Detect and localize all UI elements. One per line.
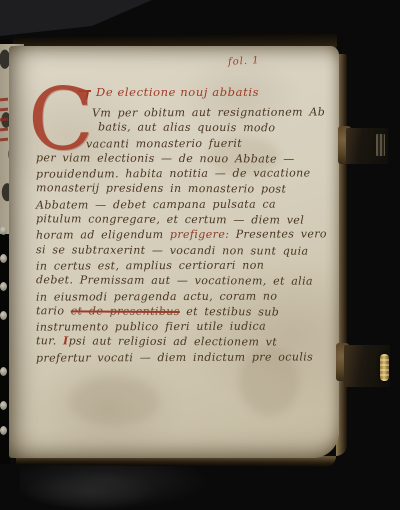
manuscript-line: si se subtraxerint — vocandi non sunt qu… — [36, 242, 324, 259]
manuscript-line: horam ad eligendum prefigere: Presentes … — [36, 227, 324, 244]
manuscript-line-text: tur. — [36, 335, 63, 348]
sewing-thread-icon — [0, 367, 7, 376]
manuscript-line-text: prefertur vocati — diem indictum pre ocu… — [36, 350, 313, 364]
sewing-thread-icon — [0, 311, 7, 320]
manuscript-line-text: et testibus sub — [180, 305, 279, 319]
manuscript-line: tario et de presentibus et testibus sub — [36, 303, 324, 320]
manuscript-line-text: Abbatem — debet campana pulsata ca — [36, 197, 276, 211]
manuscript-line-text: Presentes vero — [229, 228, 327, 241]
clasp-lower — [336, 343, 396, 391]
manuscript-photo: fol. 1 De electione nouj abbatis C Vm pe… — [0, 0, 400, 510]
manuscript-line: in eiusmodi peragenda actu, coram no — [36, 288, 324, 305]
clasp-metal-catch-icon — [376, 134, 385, 156]
manuscript-line-text: psi aut religiosi ad electionem vt — [69, 335, 278, 349]
manuscript-line-text: in certus est, amplius certiorari non — [36, 259, 264, 273]
manuscript-line: prefertur vocati — diem indictum pre ocu… — [36, 349, 324, 366]
manuscript-line-text: pitulum congregare, et certum — diem vel — [36, 212, 304, 226]
manuscript-line: tur. Ipsi aut religiosi ad electionem vt — [36, 334, 324, 351]
clasp-brass-pin-icon — [380, 354, 389, 381]
sewing-thread-icon — [0, 254, 7, 263]
cover-board-shadow — [26, 472, 156, 510]
manuscript-text-block: Vm per obitum aut resignationem Abbatis,… — [36, 105, 324, 365]
manuscript-line-text: Vm per obitum aut resignationem Ab — [92, 105, 325, 119]
manuscript-line-text: in eiusmodi peragenda actu, coram no — [36, 289, 277, 303]
manuscript-line: debet. Premissam aut — vocationem, et al… — [36, 273, 324, 290]
clasp-upper — [338, 126, 394, 168]
manuscript-line-text: prefigere: — [170, 228, 229, 241]
manuscript-line-text: debet. Premissam aut — vocationem, et al… — [36, 274, 313, 288]
rubric-heading: De electione nouj abbatis — [96, 85, 259, 99]
manuscript-line: Vm per obitum aut resignationem Ab — [92, 104, 324, 120]
sewing-thread-icon — [0, 226, 7, 235]
sewing-thread-icon — [0, 401, 7, 410]
manuscript-line: Abbatem — debet campana pulsata ca — [36, 196, 324, 213]
manuscript-line: vacanti monasterio fuerit — [86, 135, 324, 151]
manuscript-line-text: instrumento publico fieri utile iudica — [36, 320, 266, 334]
parchment-stain — [69, 376, 159, 426]
manuscript-line-text: si se subtraxerint — vocandi non sunt qu… — [36, 243, 309, 257]
manuscript-line-text: batis, aut alias quouis modo — [98, 121, 276, 135]
manuscript-line: batis, aut alias quouis modo — [98, 120, 324, 136]
manuscript-line: in certus est, amplius certiorari non — [36, 257, 324, 274]
folio-mark: fol. 1 — [228, 55, 260, 68]
manuscript-line-text: horam ad eligendum — [36, 228, 170, 242]
manuscript-line-text: monasterij presidens in monasterio post — [36, 182, 286, 196]
manuscript-line-text: vacanti monasterio fuerit — [86, 136, 242, 150]
manuscript-line-text: prouidendum. habita notitia — de vacatio… — [36, 167, 311, 181]
background-corner-highlight — [0, 0, 170, 40]
sewing-thread-icon — [0, 282, 7, 291]
manuscript-line-text: per viam electionis — de nouo Abbate — — [36, 151, 295, 165]
manuscript-line: monasterij presidens in monasterio post — [36, 181, 324, 198]
red-strikethrough-text: et de presentibus — [71, 304, 180, 318]
manuscript-line-text: tario — [36, 304, 71, 317]
sewing-thread-icon — [0, 426, 7, 435]
manuscript-line: per viam electionis — de nouo Abbate — — [36, 150, 324, 167]
